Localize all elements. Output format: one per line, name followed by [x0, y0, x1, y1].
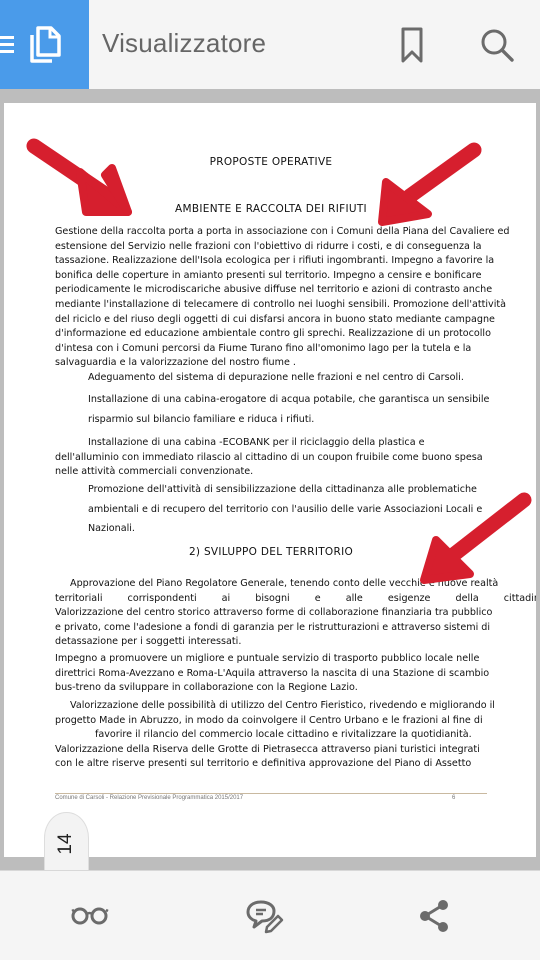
page-footer-number: 6 [452, 795, 455, 801]
item-depurazione: Adeguamento del sistema di depurazione n… [55, 371, 487, 386]
text-line: Impegno a promuovere un migliore e puntu… [55, 652, 487, 667]
paragraph-piano-regolatore: Approvazione del Piano Regolatore Genera… [55, 577, 487, 650]
footer-divider [55, 793, 487, 794]
text-line: territoriali corrispondenti ai bisogni e… [55, 592, 487, 607]
item-ecobank: Installazione di una cabina -ECOBANK per… [55, 436, 487, 480]
text-line: bus-treno da sviluppare in collaborazion… [55, 681, 487, 696]
app-bar: Visualizzatore [0, 0, 540, 89]
menu-icon[interactable] [0, 36, 14, 53]
text-line: risparmio sul bilancio familiare e riduc… [55, 413, 487, 428]
navigation-block[interactable] [0, 0, 89, 89]
text-line: Nazionali. [55, 522, 487, 537]
text-line: e privato, come l'adesione a fondi di ga… [55, 621, 487, 636]
page-footer-text: Comune di Carsoli - Relazione Previsiona… [55, 795, 243, 801]
item-sensibilizzazione: Promozione dell'attività di sensibilizza… [55, 483, 487, 537]
search-button[interactable] [478, 26, 516, 64]
text-line: Installazione di una cabina -ECOBANK per… [55, 436, 487, 451]
text-line: con le altre riserve presenti sul territ… [55, 757, 487, 772]
document-page: PROPOSTE OPERATIVE AMBIENTE E RACCOLTA D… [4, 103, 536, 857]
text-line: tassazione. Realizzazione dell'Isola eco… [55, 254, 487, 269]
text-line: Valorizzazione del centro storico attrav… [55, 606, 487, 621]
document-viewer[interactable]: PROPOSTE OPERATIVE AMBIENTE E RACCOLTA D… [0, 89, 540, 870]
text-line: Approvazione del Piano Regolatore Genera… [55, 577, 487, 592]
paragraph-centro-fieristico: Valorizzazione delle possibilità di util… [55, 699, 487, 772]
app-title: Visualizzatore [102, 28, 266, 59]
page-number: 14 [55, 829, 77, 859]
text-line: favorire il rilancio del commercio local… [55, 728, 487, 743]
text-line: Gestione della raccolta porta a porta in… [55, 225, 487, 240]
bookmark-icon [396, 26, 428, 64]
text-line: dell'alluminio con immediato rilascio al… [55, 451, 487, 466]
documents-icon[interactable] [28, 25, 64, 65]
search-icon [478, 26, 516, 64]
paragraph-raccolta: Gestione della raccolta porta a porta in… [55, 225, 487, 371]
page-indicator-tab[interactable]: 14 [44, 812, 89, 870]
text-line: ambientali e di recupero del territorio … [55, 503, 487, 518]
text-line: d'informazione ed educazione ambientale … [55, 327, 487, 342]
text-line: Valorizzazione della Riserva delle Grott… [55, 743, 487, 758]
text-line: bonifica delle coperture in amianto pres… [55, 269, 487, 284]
bookmark-button[interactable] [396, 26, 428, 64]
paragraph-trasporto: Impegno a promuovere un migliore e puntu… [55, 652, 487, 696]
text-line: progetto Made in Abruzzo, in modo da coi… [55, 714, 487, 729]
share-button[interactable] [398, 871, 498, 960]
text-line: estensione del Servizio nelle frazioni c… [55, 240, 487, 255]
text-line: d'intesa con i Comuni percorsi da Fiume … [55, 342, 487, 357]
text-line: del riciclo e del riuso degli oggetti di… [55, 313, 487, 328]
text-line: Valorizzazione delle possibilità di util… [55, 699, 487, 714]
text-line: periodicamente le microdiscariche abusiv… [55, 283, 487, 298]
text-line: detassazione per i soggetti interessati. [55, 635, 487, 650]
text-line: salvaguardia e la valorizzazione del nos… [55, 356, 487, 371]
section-title-ambiente: AMBIENTE E RACCOLTA DEI RIFIUTI [55, 202, 487, 217]
text-line: mediante l'installazione di telecamere d… [55, 298, 487, 313]
section-title-sviluppo: 2) SVILUPPO DEL TERRITORIO [55, 545, 487, 560]
reading-mode-button[interactable] [40, 871, 140, 960]
text-line: Adeguamento del sistema di depurazione n… [55, 371, 487, 386]
bottom-toolbar [0, 870, 540, 960]
text-line: nelle attività commerciali convenzionate… [55, 465, 487, 480]
text-line: Promozione dell'attività di sensibilizza… [55, 483, 487, 498]
glasses-icon [70, 906, 110, 926]
text-line: direttrici Roma-Avezzano e Roma-L'Aquila… [55, 667, 487, 682]
comment-edit-icon [245, 899, 285, 935]
document-heading: PROPOSTE OPERATIVE [55, 155, 487, 170]
text-line: Installazione di una cabina-erogatore di… [55, 393, 487, 408]
share-icon [419, 899, 449, 933]
comment-button[interactable] [215, 871, 315, 960]
item-acqua: Installazione di una cabina-erogatore di… [55, 393, 487, 427]
